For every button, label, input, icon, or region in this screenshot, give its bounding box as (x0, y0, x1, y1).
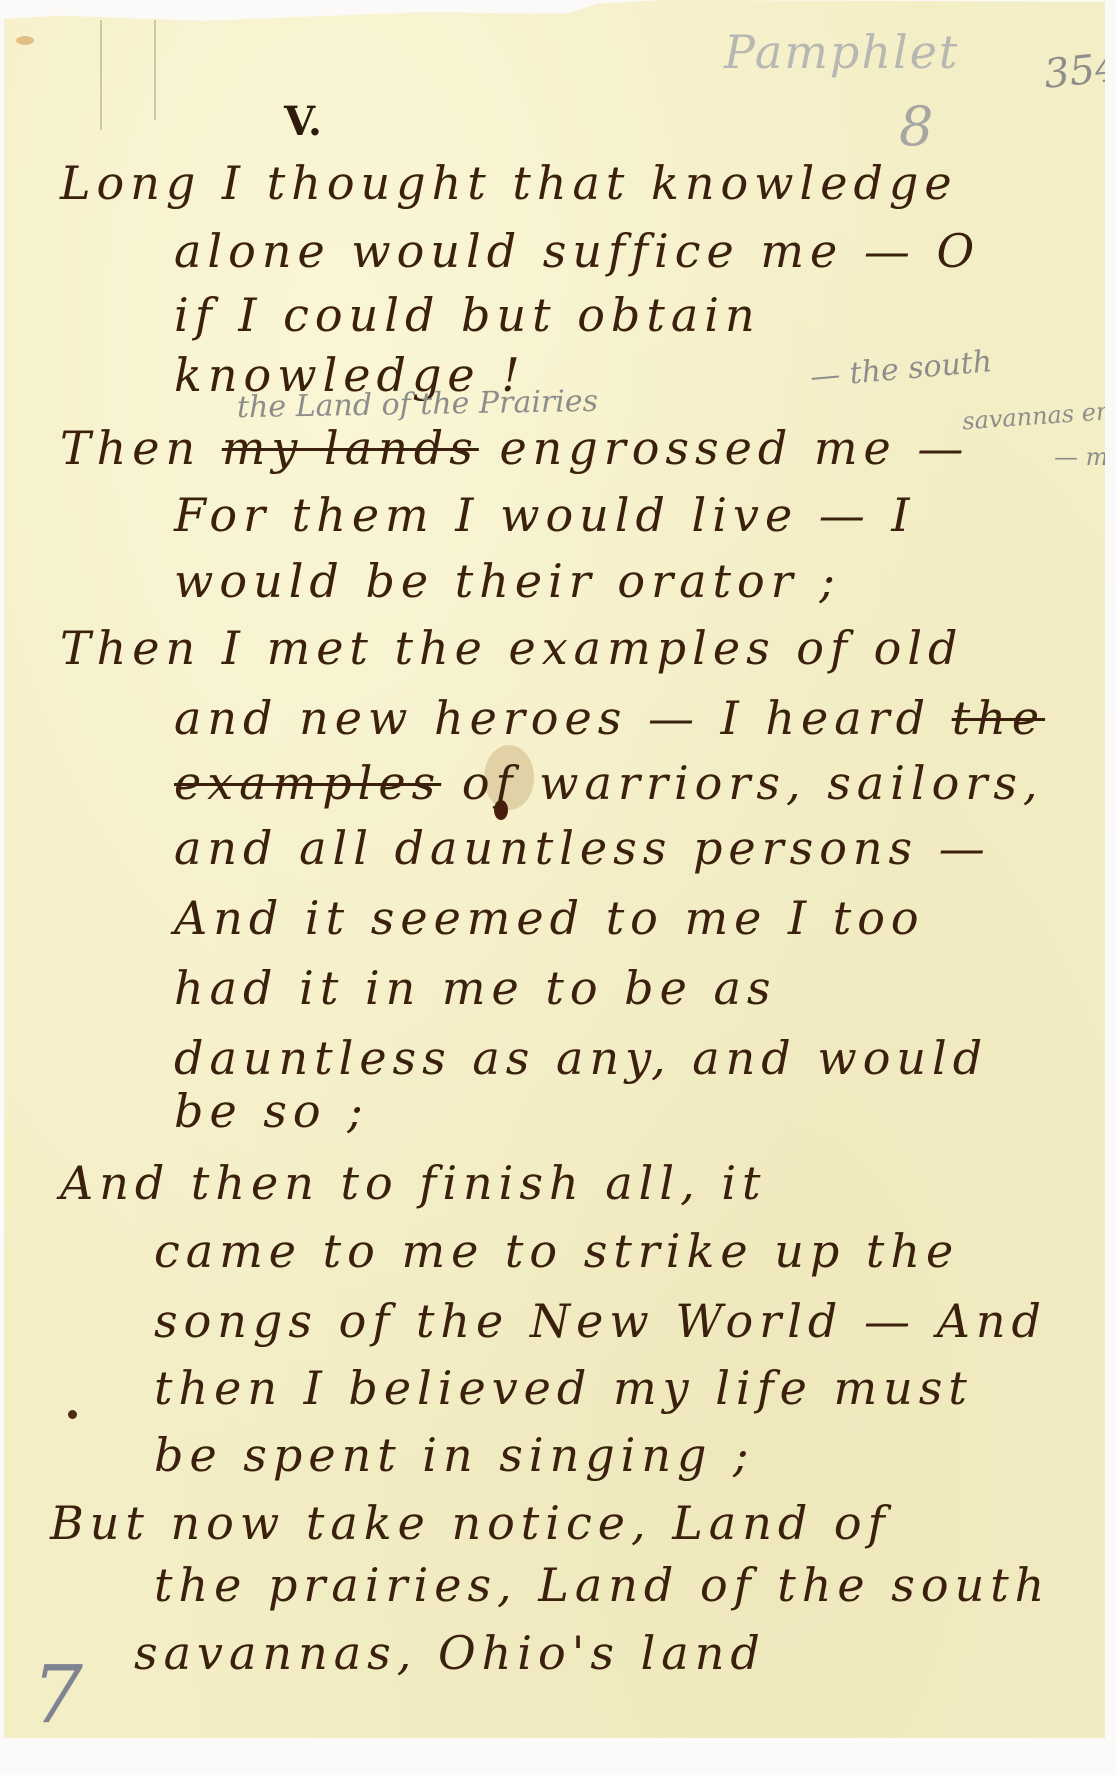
pencil-revision-savannas: savannas engross (961, 395, 1116, 434)
fold-crease-right (154, 20, 156, 120)
manuscript-line-2: alone would suffice me — O (174, 228, 980, 274)
manuscript-line-3: if I could but obtain (174, 292, 761, 338)
manuscript-line-8: Then I met the examples of old (60, 625, 964, 671)
manuscript-line-18: songs of the New World — And (154, 1298, 1047, 1344)
margin-ink-dot (68, 1410, 77, 1419)
manuscript-page: Pamphlet 354 8 V. Long I thought that kn… (4, 0, 1105, 1738)
manuscript-line-21: But now take notice, Land of (50, 1500, 891, 1546)
line-9-start: and new heroes — I heard (174, 691, 952, 745)
fold-crease-left (100, 20, 102, 130)
manuscript-line-1: Long I thought that knowledge (60, 160, 958, 206)
manuscript-line-13: had it in me to be as (174, 965, 777, 1011)
manuscript-line-12: And it seemed to me I too (174, 895, 925, 941)
manuscript-line-9: and new heroes — I heard the (174, 695, 1045, 741)
line-5-end: engrossed me — (479, 421, 970, 475)
manuscript-line-17: came to me to strike up the (154, 1228, 959, 1274)
manuscript-line-23: savannas, Ohio's land (134, 1630, 766, 1676)
pencil-margin-mark: 7 (32, 1655, 83, 1735)
page-number-mark: 8 (899, 95, 933, 158)
manuscript-line-7: would be their orator ; (174, 558, 841, 604)
struck-text-the: the (952, 691, 1045, 745)
struck-text-my-lands: my lands (222, 421, 479, 475)
manuscript-line-20: be spent in singing ; (154, 1432, 755, 1478)
section-heading: V. (284, 98, 322, 145)
manuscript-line-14: dauntless as any, and would (174, 1035, 988, 1081)
pencil-revision-south: — the south (809, 347, 993, 393)
folio-number: 354 (1042, 44, 1116, 98)
struck-text-examples: examples (174, 756, 441, 810)
manuscript-line-6: For them I would live — I (174, 492, 916, 538)
line-10-end: of warriors, sailors, (441, 756, 1043, 810)
line-5-start: Then (60, 421, 222, 475)
catalog-note: Pamphlet (724, 25, 959, 79)
manuscript-line-5: Then my lands engrossed me — (60, 425, 969, 471)
manuscript-line-19: then I believed my life must (154, 1365, 973, 1411)
manuscript-line-16: And then to finish all, it (60, 1160, 767, 1206)
ink-stain-small (16, 36, 34, 45)
manuscript-line-15: be so ; (174, 1088, 369, 1134)
manuscript-line-11: and all dauntless persons — (174, 825, 991, 871)
pencil-continuation-me: — me (1054, 445, 1116, 469)
pencil-revision-prairies: the Land of the Prairies (237, 387, 598, 423)
manuscript-line-10: examples of warriors, sailors, (174, 760, 1044, 806)
manuscript-line-22: the prairies, Land of the south (154, 1562, 1050, 1608)
